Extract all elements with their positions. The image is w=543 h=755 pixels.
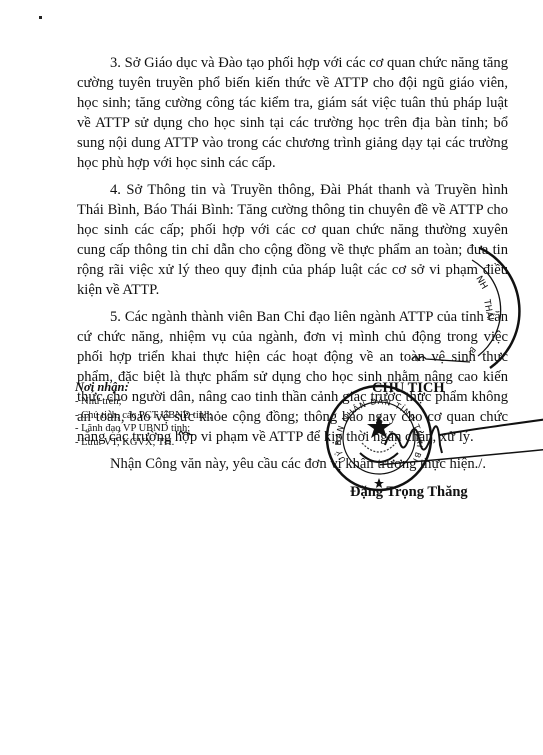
recipient-item: - Lưu: VT, KGVX, TH. xyxy=(75,436,212,450)
recipient-item: - Chủ tịch, các PCT UBND tỉnh; xyxy=(75,409,212,423)
signature-icon xyxy=(380,405,543,475)
svg-text:THÁI: THÁI xyxy=(481,297,497,321)
signer-name: Đặng Trọng Thăng xyxy=(350,484,468,501)
paragraph-4: 4. Sở Thông tin và Truyền thông, Đài Phá… xyxy=(77,180,508,300)
svg-text:NH: NH xyxy=(473,275,488,292)
recipients-block: Nơi nhận: - Như trên; - Chủ tịch, các PC… xyxy=(75,380,212,449)
initials-mark-icon xyxy=(410,350,490,364)
recipient-item: - Như trên; xyxy=(75,395,212,409)
paragraph-3: 3. Sở Giáo dục và Đào tạo phối hợp với c… xyxy=(77,53,508,173)
recipients-title: Nơi nhận: xyxy=(75,380,212,395)
small-initials-icon xyxy=(178,428,194,436)
scan-dot xyxy=(39,16,42,19)
